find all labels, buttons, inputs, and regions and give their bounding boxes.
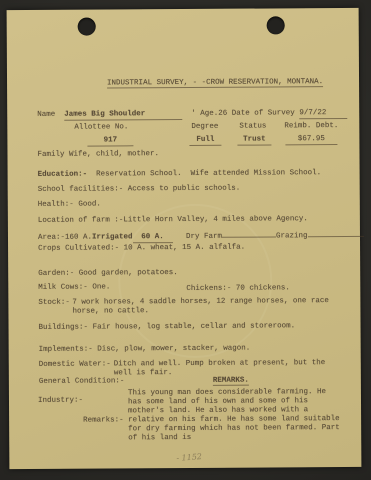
irrigated-label: Irrigated xyxy=(92,233,133,241)
grazing-label: Grazing xyxy=(276,232,308,240)
school-facilities-line: School facilities:- Access to public sch… xyxy=(38,185,241,195)
crops-line: Crops Cultivated:- 10 A. wheat, 15 A. al… xyxy=(38,244,245,254)
survey-date-value: 9/7/22 xyxy=(299,109,347,119)
paper-watermark xyxy=(118,203,273,358)
education-label: Education:- xyxy=(38,171,88,179)
implements-value: Disc, plow, mower, stacker, wagon. xyxy=(97,345,250,354)
stock-label: Stock:- xyxy=(38,299,70,308)
milk-cows-label: Milk Cows:- xyxy=(38,284,88,292)
name-value: James Big Shoulder xyxy=(64,110,182,121)
punch-hole-right xyxy=(267,16,285,34)
milk-cows-value: One. xyxy=(92,283,110,291)
chickens-line: Chickens:- 70 chickens. xyxy=(186,284,290,294)
col-header-debt: Reimb. Debt. xyxy=(284,122,338,131)
degree-value: Full xyxy=(189,136,221,146)
location-value: Little Horn Valley, 4 miles above Agency… xyxy=(123,215,308,224)
crops-value: 10 A. wheat, 15 A. alfalfa. xyxy=(124,244,246,253)
irrigated-value: 60 A. xyxy=(132,233,172,243)
implements-line: Implements:- Disc, plow, mower, stacker,… xyxy=(39,345,251,355)
buildings-line: Buildings:- Fair house, log stable, cell… xyxy=(39,322,296,333)
school-facilities-value: Access to public schools. xyxy=(128,185,241,194)
implements-label: Implements:- xyxy=(39,346,93,354)
buildings-value: Fair house, log stable, cellar and store… xyxy=(93,322,296,331)
col-header-allottee: Allottee No. xyxy=(74,123,128,132)
photo-background: INDUSTRIAL SURVEY, - -CROW RESERVATION, … xyxy=(0,0,371,480)
debt-value: $67.95 xyxy=(285,135,337,145)
health-value: Good. xyxy=(78,201,101,209)
grazing-blank xyxy=(308,229,364,237)
document-title: INDUSTRIAL SURVEY, - -CROW RESERVATION, … xyxy=(107,78,323,88)
domestic-water-value: Ditch and well. Pump broken at present, … xyxy=(114,359,336,378)
buildings-label: Buildings:- xyxy=(39,324,89,332)
remarks-label: Remarks:- xyxy=(83,416,124,425)
garden-label: Garden:- xyxy=(38,270,74,278)
garden-value: Good garden, potatoes. xyxy=(79,269,178,278)
location-label: Location of farm :- xyxy=(38,216,124,225)
remarks-heading: REMARKS. xyxy=(213,377,249,386)
garden-line: Garden:- Good garden, potatoes. xyxy=(38,269,178,279)
document-title-text: INDUSTRIAL SURVEY, - -CROW RESERVATION, … xyxy=(107,78,323,88)
location-line: Location of farm :-Little Horn Valley, 4… xyxy=(38,215,308,226)
crops-label: Crops Cultivated:- xyxy=(38,244,119,252)
dry-farm-blank xyxy=(222,229,276,237)
area-label: Area:-160 A. xyxy=(38,234,92,242)
health-label: Health:- xyxy=(38,201,74,209)
general-condition-label: General Condition:- xyxy=(39,377,125,387)
industry-label: Industry:- xyxy=(38,397,83,406)
col-header-degree: Degree xyxy=(191,123,218,132)
allottee-number: 917 xyxy=(87,136,133,146)
school-facilities-label: School facilities:- xyxy=(38,185,124,194)
remarks-body: This young man does considerable farming… xyxy=(128,388,344,443)
area-line: Area:-160 A.Irrigated60 A. Dry FarmGrazi… xyxy=(38,229,364,244)
health-line: Health:- Good. xyxy=(38,201,101,210)
stock-value: 7 work horses, 4 saddle horses, 12 range… xyxy=(72,297,340,317)
name-label: Name xyxy=(37,111,55,119)
family-line: Family Wife, child, mother. xyxy=(37,150,159,160)
name-line: Name James Big Shoulder ' Age.26 Date of… xyxy=(37,109,347,121)
col-header-status: Status xyxy=(239,122,266,131)
survey-document-page: INDUSTRIAL SURVEY, - -CROW RESERVATION, … xyxy=(7,8,362,469)
domestic-water-label: Domestic Water:- xyxy=(39,360,111,369)
age-date-label: ' Age.26 Date of Survey xyxy=(191,109,295,118)
chickens-label: Chickens:- xyxy=(186,285,231,293)
chickens-value: 70 chickens. xyxy=(236,284,290,292)
pencil-page-number: - 1152 xyxy=(176,452,202,463)
status-value: Trust xyxy=(237,135,271,145)
dry-farm-label: Dry Farm xyxy=(186,233,222,241)
punch-hole-left xyxy=(78,18,96,36)
milk-cows-line: Milk Cows:- One. xyxy=(38,283,110,292)
education-line: Education:- Reservation School. Wife att… xyxy=(38,169,322,180)
education-value: Reservation School. Wife attended Missio… xyxy=(96,169,321,178)
